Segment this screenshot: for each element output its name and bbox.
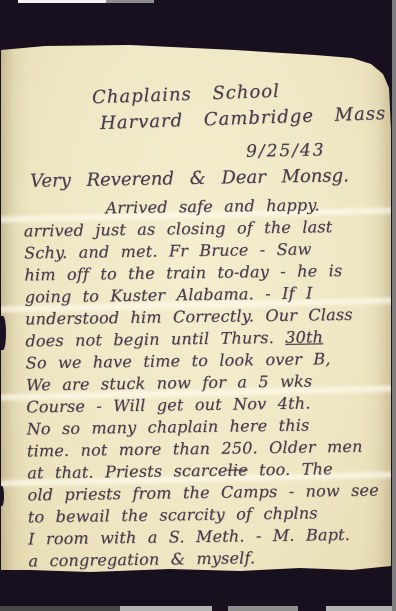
scan-left-edge-artifact bbox=[0, 486, 4, 506]
scan-bottom-edge-artifact bbox=[120, 606, 212, 611]
letter-paper: Chaplains School Harvard Cambridge Mass … bbox=[0, 0, 396, 611]
scanned-letter-page: Chaplains School Harvard Cambridge Mass … bbox=[0, 0, 396, 611]
letter-line: a congregation & myself. bbox=[28, 546, 380, 573]
letter-heading-line-2: Harvard Cambridge Mass bbox=[100, 103, 387, 134]
scan-bottom-edge-artifact bbox=[0, 606, 120, 611]
scan-left-edge-artifact bbox=[0, 316, 6, 350]
scan-top-edge-artifact bbox=[18, 0, 106, 3]
letter-body: Arrived safe and happy.arrived just as c… bbox=[23, 194, 380, 573]
scan-bottom-edge-artifact bbox=[228, 606, 298, 611]
scan-top-edge-artifact bbox=[106, 0, 154, 3]
struck-out-word: lie bbox=[227, 460, 248, 479]
letter-date: 9/25/43 bbox=[246, 140, 326, 161]
underlined-word: 30th bbox=[285, 327, 323, 347]
scan-right-edge-artifact bbox=[392, 0, 396, 611]
letter-heading-line-1: Chaplains School bbox=[92, 81, 280, 109]
letter-salutation: Very Reverend & Dear Monsg. bbox=[30, 165, 349, 192]
scan-bottom-edge-artifact bbox=[326, 606, 392, 611]
